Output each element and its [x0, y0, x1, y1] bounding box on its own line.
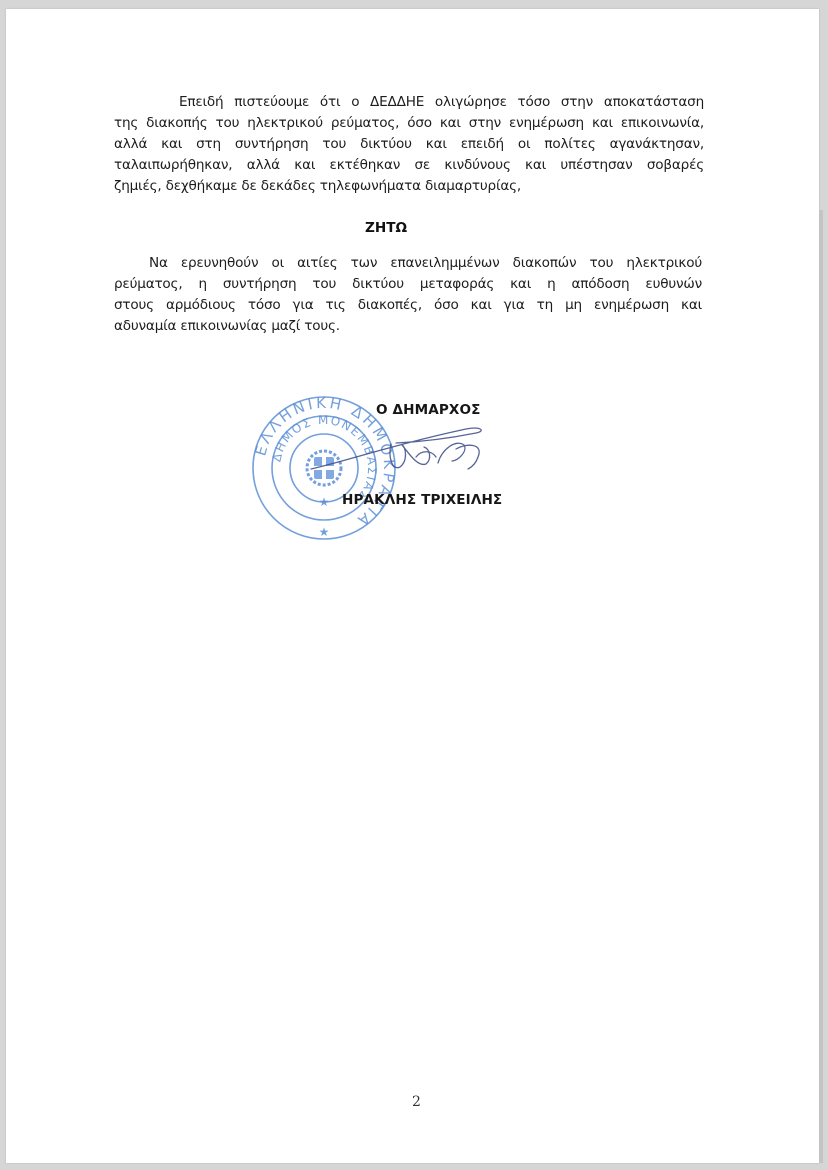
signature-name: ΗΡΑΚΛΗΣ ΤΡΙΧΕΙΛΗΣ	[342, 492, 502, 508]
paragraph-2-line-2: ρεύματος, η συντήρηση του δικτύου μεταφο…	[114, 275, 702, 293]
paragraph-1-line-3: αλλά και στη συντήρηση του δικτύου και ε…	[114, 135, 704, 153]
heading-request: ΖΗΤΩ	[365, 220, 407, 236]
paragraph-1-line-1: Επειδή πιστεύουμε ότι ο ΔΕΔΔΗΕ ολιγώρησε…	[179, 93, 704, 111]
handwritten-signature-icon	[306, 409, 506, 489]
paragraph-1-line-5: ζημιές, δεχθήκαμε δε δεκάδες τηλεφωνήματ…	[114, 177, 521, 195]
svg-text:★: ★	[319, 495, 330, 509]
svg-text:★: ★	[319, 525, 330, 539]
page-edge-shadow	[819, 210, 823, 1163]
paragraph-1-line-2: της διακοπής του ηλεκτρικού ρεύματος, όσ…	[114, 114, 704, 132]
paragraph-1-line-4: ταλαιπωρήθηκαν, αλλά και εκτέθηκαν σε κι…	[114, 156, 704, 174]
page-number: 2	[412, 1094, 421, 1110]
paragraph-2-line-1: Να ερευνηθούν οι αιτίες των επανειλημμέν…	[149, 254, 702, 272]
document-page: Επειδή πιστεύουμε ότι ο ΔΕΔΔΗΕ ολιγώρησε…	[6, 9, 819, 1163]
paragraph-2-line-4: αδυναμία επικοινωνίας μαζί τους.	[114, 317, 340, 335]
paragraph-2-line-3: στους αρμόδιους τόσο για τις διακοπές, ό…	[114, 296, 702, 314]
